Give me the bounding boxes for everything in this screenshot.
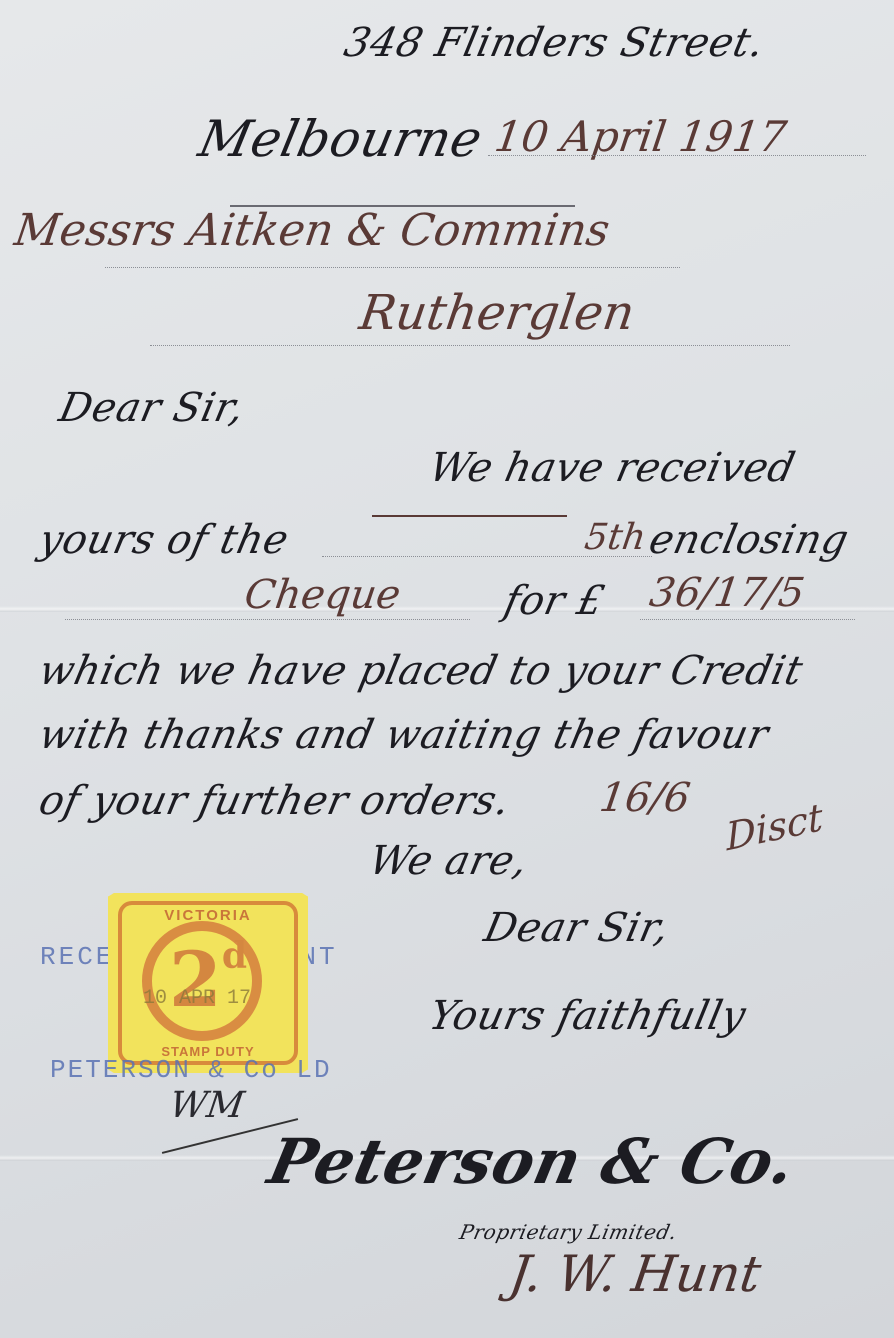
town-line xyxy=(150,345,790,346)
body-line-4: which we have placed to your Credit xyxy=(35,648,807,694)
body-line-2-suffix: enclosing xyxy=(645,517,853,563)
recipient-town: Rutherglen xyxy=(356,285,638,341)
body-line-2-date: 5th xyxy=(582,517,648,558)
company-suffix: Proprietary Limited. xyxy=(457,1220,679,1244)
letterhead-city: Melbourne xyxy=(194,110,488,168)
closing-dear-sir: Dear Sir, xyxy=(480,905,673,951)
body-line-3-for: for £ xyxy=(500,578,608,624)
letterhead-address: 348 Flinders Street. xyxy=(340,20,768,66)
receipt-initials: WM xyxy=(167,1085,247,1126)
date-strike-rule xyxy=(372,515,567,517)
recipient-name: Messrs Aitken & Commins xyxy=(11,205,612,256)
stamp-value: 2d xyxy=(108,935,308,1024)
amount-line xyxy=(640,619,855,620)
item-line xyxy=(65,619,470,620)
stamp-cancel-date: 10 APR 17 xyxy=(143,987,251,1010)
body-line-2-prefix: yours of the xyxy=(35,517,293,563)
enclosure-item: Cheque xyxy=(242,572,404,618)
stamp-value-number: 2 xyxy=(169,935,222,1024)
discount-annotation: 16/6 xyxy=(597,775,693,821)
date-fill-line xyxy=(322,556,652,557)
receipt-company-stamp: PETERSON & Co LD xyxy=(50,1055,332,1085)
date-line xyxy=(488,155,866,156)
stamp-value-unit: d xyxy=(222,935,247,977)
enclosure-amount: 36/17/5 xyxy=(647,570,808,616)
recipient-line xyxy=(105,267,680,268)
closing-we-are: We are, xyxy=(365,838,532,884)
body-line-5: with thanks and waiting the favour xyxy=(35,712,772,758)
body-line-6: of your further orders. xyxy=(35,778,514,824)
salutation: Dear Sir, xyxy=(55,385,248,431)
body-line-1: We have received xyxy=(425,445,799,491)
stamp-country: VICTORIA xyxy=(108,907,308,924)
company-name: Peterson & Co. xyxy=(262,1125,801,1198)
letter-date: 10 April 1917 xyxy=(492,112,790,161)
signature: J. W. Hunt xyxy=(506,1245,765,1303)
discount-label: Disct xyxy=(725,795,825,860)
closing-yours: Yours faithfully xyxy=(425,993,750,1039)
revenue-stamp: VICTORIA 2d STAMP DUTY xyxy=(108,893,308,1073)
